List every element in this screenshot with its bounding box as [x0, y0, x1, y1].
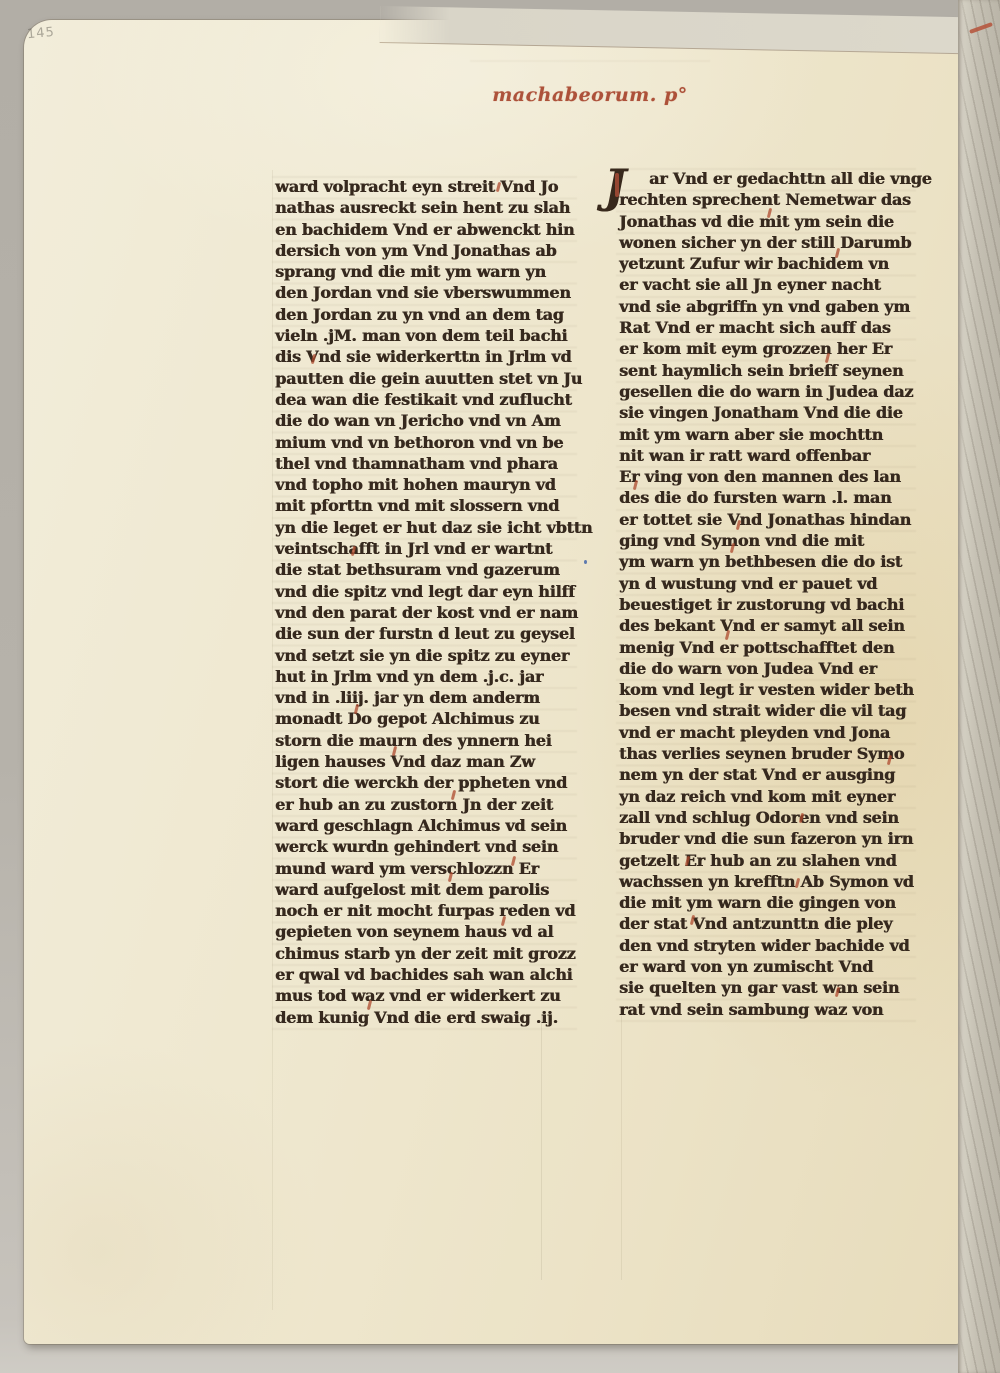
manuscript-text-line: mus tod waz vnd er widerkert zu [275, 985, 577, 1006]
manuscript-text-line: Rat Vnd er macht sich auff das [619, 317, 917, 338]
drop-cap-initial: J [604, 163, 626, 209]
manuscript-text-line: gesellen die do warn in Judea daz [619, 381, 917, 402]
manuscript-text-line: vnd topho mit hohen mauryn vd [275, 474, 577, 495]
manuscript-text-line: ward geschlagn Alchimus vd sein [275, 815, 577, 836]
manuscript-text-line: nathas ausreckt sein hent zu slah [275, 197, 577, 218]
manuscript-text-line: mium vnd vn bethoron vnd vn be [275, 432, 577, 453]
manuscript-text-line: ym warn yn bethbesen die do ist [619, 551, 917, 572]
folio-number-pencil: 145 [26, 25, 55, 42]
manuscript-text-line: des bekant Vnd er samyt all sein [619, 615, 917, 636]
manuscript-text-line: der stat Vnd antzunttn die pley [619, 913, 917, 934]
manuscript-text-line: sprang vnd die mit ym warn yn [275, 261, 577, 282]
manuscript-text-line: bruder vnd die sun fazeron yn irn [619, 828, 917, 849]
manuscript-text-line: wonen sicher yn der still Darumb [619, 232, 917, 253]
next-page-fore-edge [958, 0, 1000, 1373]
manuscript-text-line: yn die leget er hut daz sie icht vbttn [275, 517, 577, 538]
manuscript-text-line: dem kunig Vnd die erd swaig .ij. [275, 1007, 577, 1028]
ink-speck [584, 560, 587, 564]
manuscript-text-line: thas verlies seynen bruder Symo [619, 743, 917, 764]
manuscript-photo: 145 machabeorum. p° ward volpracht eyn s… [0, 0, 1000, 1373]
manuscript-text-line: thel vnd thamnatham vnd phara [275, 453, 577, 474]
manuscript-text-line: ward aufgelost mit dem parolis [275, 879, 577, 900]
manuscript-text-line: er vacht sie all Jn eyner nacht [619, 274, 917, 295]
running-title: machabeorum. p° [440, 84, 740, 106]
manuscript-text-line: dersich von ym Vnd Jonathas ab [275, 240, 577, 261]
manuscript-text-line: den Jordan vnd sie vberswummen [275, 282, 577, 303]
manuscript-text-line: mund ward ym verschlozzn Er [275, 858, 577, 879]
manuscript-text-line: nem yn der stat Vnd er ausging [619, 764, 917, 785]
manuscript-text-line: sent haymlich sein brieff seynen [619, 360, 917, 381]
manuscript-text-line: veintschafft in Jrl vnd er wartnt [275, 538, 577, 559]
manuscript-text-line: er qwal vd bachides sah wan alchi [275, 964, 577, 985]
manuscript-text-line: werck wurdn gehindert vnd sein [275, 836, 577, 857]
manuscript-text-line: chimus starb yn der zeit mit grozz [275, 943, 577, 964]
text-column-left: ward volpracht eyn streit Vnd Jonathas a… [275, 176, 577, 1028]
manuscript-text-line: vnd die spitz vnd legt dar eyn hilff [275, 581, 577, 602]
manuscript-text-line: pautten die gein auutten stet vn Ju [275, 368, 577, 389]
manuscript-text-line: ward volpracht eyn streit Vnd Jo [275, 176, 577, 197]
manuscript-text-line: vnd den parat der kost vnd er nam [275, 602, 577, 623]
manuscript-text-line: vnd sie abgriffn yn vnd gaben ym [619, 296, 917, 317]
manuscript-text-line: die do wan vn Jericho vnd vn Am [275, 410, 577, 431]
manuscript-text-line: stort die werckh der ppheten vnd [275, 772, 577, 793]
manuscript-text-line: menig Vnd er pottschafftet den [619, 637, 917, 658]
manuscript-text-line: die sun der furstn d leut zu geysel [275, 623, 577, 644]
manuscript-text-line: en bachidem Vnd er abwenckt hin [275, 219, 577, 240]
ruling-line [621, 1016, 622, 1280]
manuscript-text-line: er tottet sie Vnd Jonathas hindan [619, 509, 917, 530]
text-column-right: ar Vnd er gedachttn all die vngerechten … [619, 168, 917, 1020]
manuscript-text-line: ligen hauses Vnd daz man Zw [275, 751, 577, 772]
manuscript-text-line: den Jordan zu yn vnd an dem tag [275, 304, 577, 325]
manuscript-text-line: vieln .jM. man von dem teil bachi [275, 325, 577, 346]
show-through-smudge [470, 60, 710, 78]
manuscript-text-line: er kom mit eym grozzen her Er [619, 338, 917, 359]
fore-edge-text-lines [958, 0, 1000, 1373]
manuscript-text-line: monadt Do gepot Alchimus zu [275, 708, 577, 729]
manuscript-text-line: vnd in .liij. jar yn dem anderm [275, 687, 577, 708]
manuscript-text-line: beuestiget ir zustorung vd bachi [619, 594, 917, 615]
manuscript-text-line: yetzunt Zufur wir bachidem vn [619, 253, 917, 274]
manuscript-text-line: getzelt Er hub an zu slahen vnd [619, 850, 917, 871]
manuscript-text-line: rechten sprechent Nemetwar das [619, 189, 917, 210]
manuscript-text-line: ging vnd Symon vnd die mit [619, 530, 917, 551]
manuscript-text-line: yn daz reich vnd kom mit eyner [619, 786, 917, 807]
manuscript-text-line: gepieten von seynem haus vd al [275, 921, 577, 942]
manuscript-text-line: sie quelten yn gar vast wan sein [619, 977, 917, 998]
manuscript-text-line: er hub an zu zustorn Jn der zeit [275, 794, 577, 815]
manuscript-text-line: besen vnd strait wider die vil tag [619, 700, 917, 721]
manuscript-text-line: yn d wustung vnd er pauet vd [619, 573, 917, 594]
manuscript-text-line: dis Vnd sie widerkerttn in Jrlm vd [275, 346, 577, 367]
manuscript-text-line: sie vingen Jonatham Vnd die die [619, 402, 917, 423]
manuscript-text-line: Er ving von den mannen des lan [619, 466, 917, 487]
manuscript-text-line: ar Vnd er gedachttn all die vnge [619, 168, 917, 189]
manuscript-text-line: storn die maurn des ynnern hei [275, 730, 577, 751]
manuscript-text-line: vnd setzt sie yn die spitz zu eyner [275, 645, 577, 666]
manuscript-text-line: wachssen yn krefftn Ab Symon vd [619, 871, 917, 892]
manuscript-text-line: noch er nit mocht furpas reden vd [275, 900, 577, 921]
ruling-line [272, 170, 273, 1310]
drop-cap-red-accent [615, 173, 619, 197]
manuscript-text-line: er ward von yn zumischt Vnd [619, 956, 917, 977]
manuscript-text-line: rat vnd sein sambung waz von [619, 999, 917, 1020]
manuscript-text-line: die mit ym warn die gingen von [619, 892, 917, 913]
ruling-line [541, 1016, 542, 1280]
manuscript-text-line: die stat bethsuram vnd gazerum [275, 559, 577, 580]
manuscript-text-line: mit pforttn vnd mit slossern vnd [275, 495, 577, 516]
manuscript-text-line: vnd er macht pleyden vnd Jona [619, 722, 917, 743]
manuscript-text-line: den vnd stryten wider bachide vd [619, 935, 917, 956]
manuscript-text-line: des die do fursten warn .l. man [619, 487, 917, 508]
manuscript-text-line: mit ym warn aber sie mochttn [619, 424, 917, 445]
manuscript-text-line: kom vnd legt ir vesten wider beth [619, 679, 917, 700]
manuscript-text-line: hut in Jrlm vnd yn dem .j.c. jar [275, 666, 577, 687]
manuscript-text-line: nit wan ir ratt ward offenbar [619, 445, 917, 466]
manuscript-text-line: dea wan die festikait vnd zuflucht [275, 389, 577, 410]
manuscript-text-line: die do warn von Judea Vnd er [619, 658, 917, 679]
manuscript-text-line: zall vnd schlug Odoren vnd sein [619, 807, 917, 828]
